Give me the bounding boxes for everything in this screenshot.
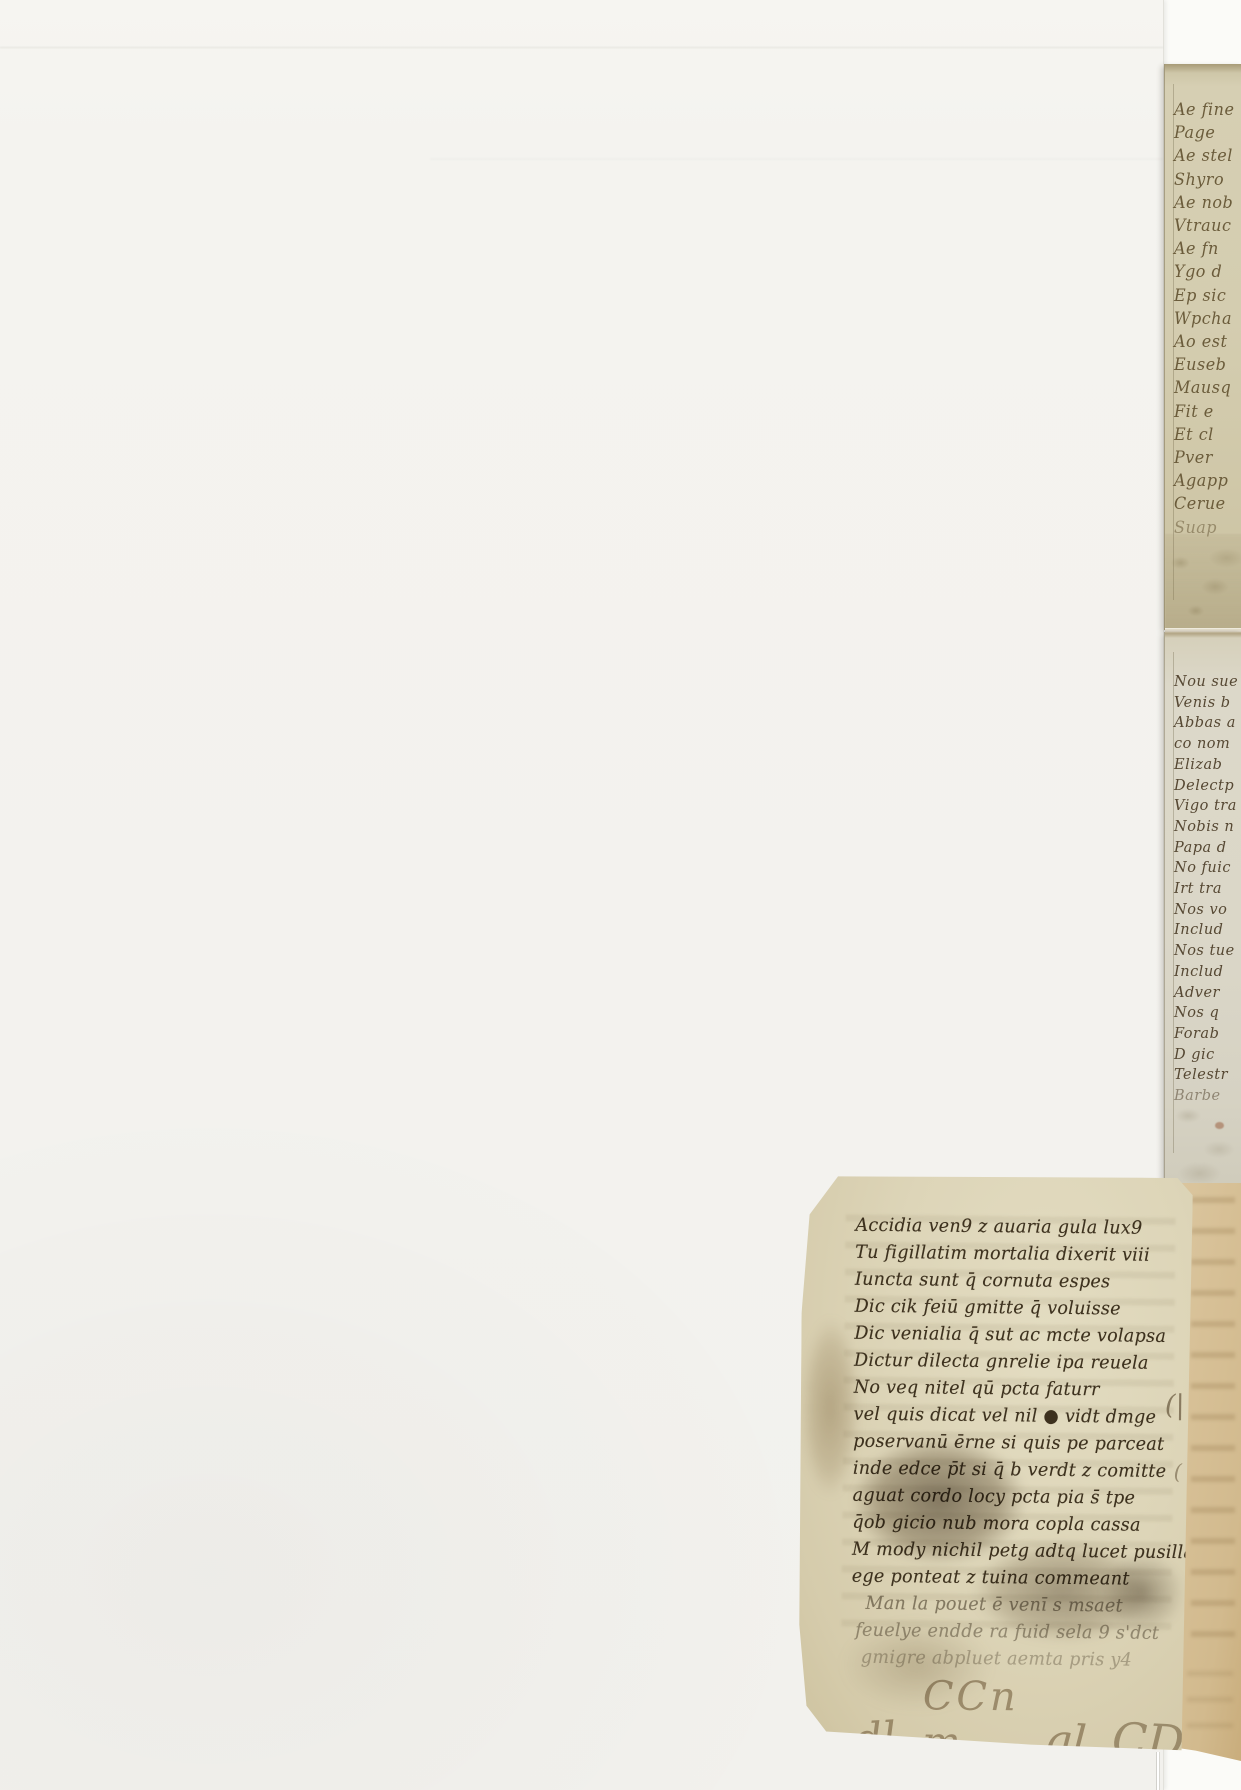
- manuscript-line: Venis b: [1174, 692, 1241, 714]
- margin-flourish: (|: [1165, 1390, 1185, 1421]
- manuscript-line: Page: [1174, 121, 1241, 145]
- manuscript-line: Nos q: [1174, 1003, 1241, 1025]
- manuscript-line: Includ: [1174, 961, 1241, 983]
- strip-fold-edge: [1165, 64, 1241, 73]
- manuscript-line: Includ: [1174, 920, 1241, 942]
- page-seam: [1156, 1752, 1160, 1790]
- manuscript-line: Vigo tra: [1174, 796, 1241, 818]
- strip-middle-text: Nou sue Venis b Abbas a co nom Elizab De…: [1174, 672, 1241, 1107]
- manuscript-line: Ae fine: [1174, 98, 1241, 122]
- manuscript-line: Cerue: [1174, 492, 1241, 516]
- manuscript-line: co nom: [1174, 734, 1241, 756]
- manuscript-line: Irt tra: [1174, 879, 1241, 901]
- manuscript-line: Euseb: [1174, 353, 1241, 377]
- strip-fold-edge: [1165, 628, 1241, 638]
- manuscript-line: Ep sic: [1174, 283, 1241, 307]
- manuscript-line: Nou sue: [1174, 672, 1241, 694]
- manuscript-line: Papa d: [1174, 837, 1241, 859]
- manuscript-line: No fuic: [1174, 858, 1241, 880]
- bottom-fragment: Accidia ven9 z auaria gula lux9 Tu figil…: [796, 1174, 1193, 1756]
- manuscript-line: Forab: [1174, 1024, 1241, 1046]
- manuscript-line: Nos vo: [1174, 899, 1241, 921]
- stain: [816, 1604, 1017, 1726]
- ink-showthrough: [1191, 1197, 1235, 1657]
- manuscript-line: Fit e: [1174, 399, 1241, 423]
- manuscript-line: Ae fn: [1174, 237, 1241, 261]
- manuscript-line: Wpcha: [1174, 306, 1241, 330]
- manuscript-line: Et cl: [1174, 422, 1241, 446]
- manuscript-line: Nobis n: [1174, 817, 1241, 839]
- stain: [1165, 534, 1241, 630]
- manuscript-line: Delectp: [1174, 775, 1241, 797]
- manuscript-scan: Ae fine Page Ae stel Shyro Ae nob Vtrauc…: [0, 0, 1241, 1790]
- horizontal-crease: [0, 46, 1163, 49]
- manuscript-line: Agapp: [1174, 469, 1241, 493]
- manuscript-line: Ao est: [1174, 330, 1241, 354]
- ink-showthrough: [1187, 1671, 1233, 1731]
- manuscript-line: Shyro: [1174, 167, 1241, 191]
- strip-top-text: Ae fine Page Ae stel Shyro Ae nob Vtrauc…: [1174, 98, 1241, 539]
- manuscript-line: Vtrauc: [1174, 214, 1241, 238]
- manuscript-line: Elizab: [1174, 754, 1241, 776]
- manuscript-line: Ygo d: [1174, 260, 1241, 284]
- manuscript-line: D gic: [1174, 1044, 1241, 1066]
- horizontal-crease: [430, 158, 1163, 160]
- manuscript-line: Ae stel: [1174, 144, 1241, 168]
- stain: [1165, 1087, 1241, 1183]
- manuscript-line: Nos tue: [1174, 941, 1241, 963]
- manuscript-line: Abbas a: [1174, 713, 1241, 735]
- manuscript-line: Mausq: [1174, 376, 1241, 400]
- manuscript-line: Adver: [1174, 982, 1241, 1004]
- parchment-strip-top: Ae fine Page Ae stel Shyro Ae nob Vtrauc…: [1164, 64, 1241, 630]
- manuscript-line: Ae nob: [1174, 190, 1241, 214]
- stain: [1087, 1537, 1198, 1648]
- margin-flourish: (: [1174, 1460, 1182, 1484]
- parchment-strip-middle: Nou sue Venis b Abbas a co nom Elizab De…: [1164, 632, 1241, 1183]
- manuscript-line: Telestr: [1174, 1065, 1241, 1087]
- manuscript-line: Pver: [1174, 446, 1241, 470]
